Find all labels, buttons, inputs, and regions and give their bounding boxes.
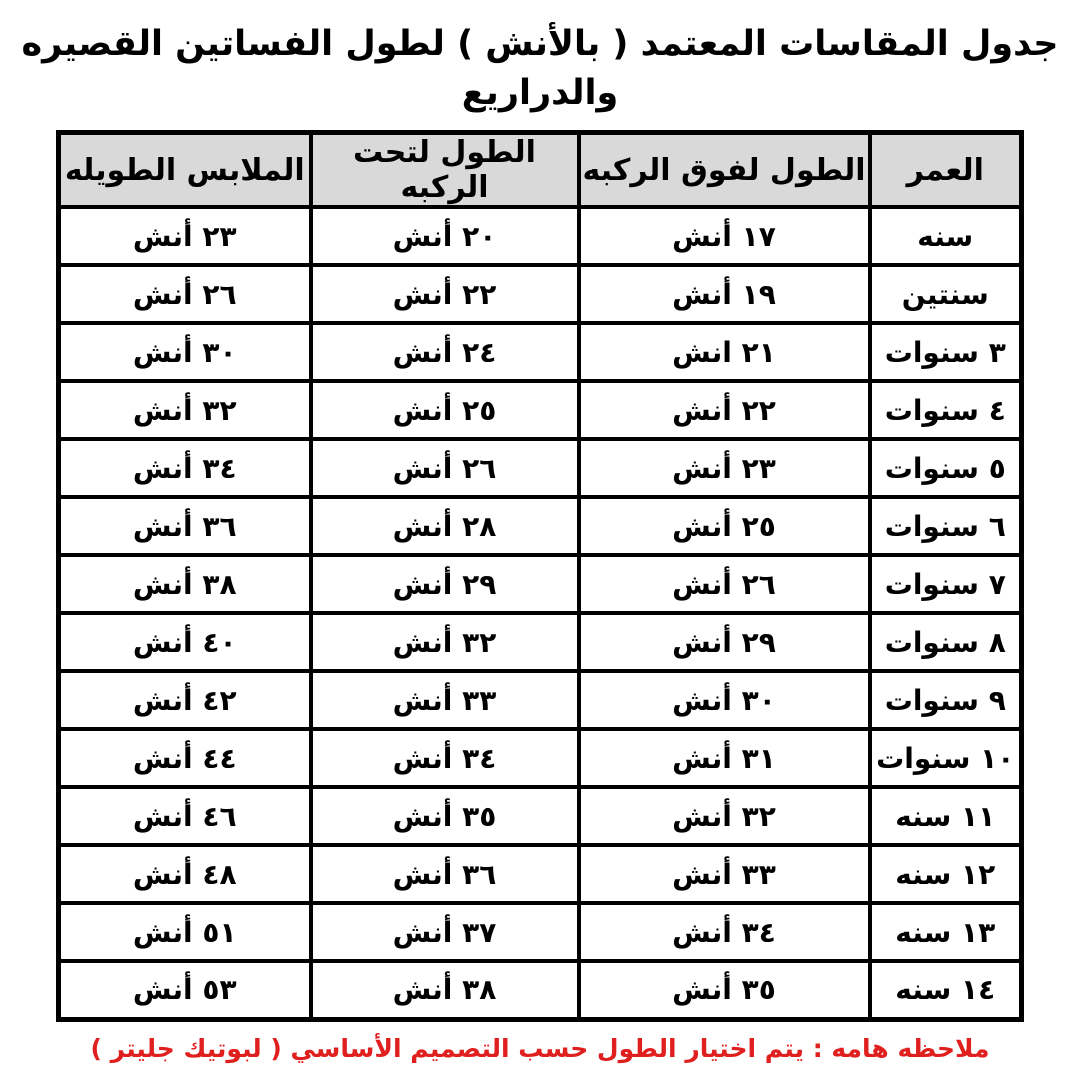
below-knee-cell: ٣٢ أنش xyxy=(311,613,579,671)
table-row: ٥ سنوات ٢٣ أنش ٢٦ أنش ٣٤ أنش xyxy=(59,439,1022,497)
long-clothes-cell: ٤٠ أنش xyxy=(59,613,311,671)
below-knee-cell: ٣٤ أنش xyxy=(311,729,579,787)
table-row: سنه ١٧ أنش ٢٠ أنش ٢٣ أنش xyxy=(59,207,1022,265)
below-knee-cell: ٣٣ أنش xyxy=(311,671,579,729)
long-clothes-cell: ٤٦ أنش xyxy=(59,787,311,845)
age-cell: سنتين xyxy=(870,265,1022,323)
age-cell: ٧ سنوات xyxy=(870,555,1022,613)
age-cell: ١٤ سنه xyxy=(870,961,1022,1019)
above-knee-cell: ٢٦ أنش xyxy=(579,555,870,613)
below-knee-cell: ٢٦ أنش xyxy=(311,439,579,497)
below-knee-cell: ٢٥ أنش xyxy=(311,381,579,439)
footer-note: ملاحظه هامه : يتم اختيار الطول حسب التصم… xyxy=(0,1034,1080,1063)
age-cell: ١٠ سنوات xyxy=(870,729,1022,787)
table-header-row: العمر الطول لفوق الركبه الطول لتحت الركب… xyxy=(59,133,1022,208)
table-row: ١٣ سنه ٣٤ أنش ٣٧ أنش ٥١ أنش xyxy=(59,903,1022,961)
below-knee-cell: ٢٤ أنش xyxy=(311,323,579,381)
header-cell-age: العمر xyxy=(870,133,1022,208)
table-row: ١٢ سنه ٣٣ أنش ٣٦ أنش ٤٨ أنش xyxy=(59,845,1022,903)
below-knee-cell: ٢٨ أنش xyxy=(311,497,579,555)
age-cell: ٥ سنوات xyxy=(870,439,1022,497)
above-knee-cell: ٣٣ أنش xyxy=(579,845,870,903)
above-knee-cell: ٣٤ أنش xyxy=(579,903,870,961)
age-cell: ١٣ سنه xyxy=(870,903,1022,961)
table-row: ١٠ سنوات ٣١ أنش ٣٤ أنش ٤٤ أنش xyxy=(59,729,1022,787)
page: { "page": { "title": "جدول المقاسات المع… xyxy=(0,0,1080,1080)
above-knee-cell: ٣٢ أنش xyxy=(579,787,870,845)
above-knee-cell: ١٧ أنش xyxy=(579,207,870,265)
below-knee-cell: ٣٨ أنش xyxy=(311,961,579,1019)
age-cell: ٩ سنوات xyxy=(870,671,1022,729)
long-clothes-cell: ٤٤ أنش xyxy=(59,729,311,787)
table-row: سنتين ١٩ أنش ٢٢ أنش ٢٦ أنش xyxy=(59,265,1022,323)
header-cell-long-clothes: الملابس الطويله xyxy=(59,133,311,208)
age-cell: ١١ سنه xyxy=(870,787,1022,845)
age-cell: ٦ سنوات xyxy=(870,497,1022,555)
table-row: ١١ سنه ٣٢ أنش ٣٥ أنش ٤٦ أنش xyxy=(59,787,1022,845)
above-knee-cell: ١٩ أنش xyxy=(579,265,870,323)
below-knee-cell: ٢٠ أنش xyxy=(311,207,579,265)
above-knee-cell: ٢١ انش xyxy=(579,323,870,381)
table-row: ٨ سنوات ٢٩ أنش ٣٢ أنش ٤٠ أنش xyxy=(59,613,1022,671)
long-clothes-cell: ٣٢ أنش xyxy=(59,381,311,439)
long-clothes-cell: ٤٨ أنش xyxy=(59,845,311,903)
header-cell-below-knee: الطول لتحت الركبه xyxy=(311,133,579,208)
age-cell: ١٢ سنه xyxy=(870,845,1022,903)
age-cell: ٣ سنوات xyxy=(870,323,1022,381)
above-knee-cell: ٢٣ أنش xyxy=(579,439,870,497)
long-clothes-cell: ٣٤ أنش xyxy=(59,439,311,497)
age-cell: سنه xyxy=(870,207,1022,265)
header-cell-above-knee: الطول لفوق الركبه xyxy=(579,133,870,208)
long-clothes-cell: ٥١ أنش xyxy=(59,903,311,961)
long-clothes-cell: ٢٣ أنش xyxy=(59,207,311,265)
age-cell: ٤ سنوات xyxy=(870,381,1022,439)
page-title: جدول المقاسات المعتمد ( بالأنش ) لطول ال… xyxy=(0,0,1080,118)
table-row: ٧ سنوات ٢٦ أنش ٢٩ أنش ٣٨ أنش xyxy=(59,555,1022,613)
long-clothes-cell: ٣٠ أنش xyxy=(59,323,311,381)
above-knee-cell: ٣٠ أنش xyxy=(579,671,870,729)
above-knee-cell: ٢٥ أنش xyxy=(579,497,870,555)
table-row: ٣ سنوات ٢١ انش ٢٤ أنش ٣٠ أنش xyxy=(59,323,1022,381)
measurements-table: العمر الطول لفوق الركبه الطول لتحت الركب… xyxy=(56,130,1024,1022)
above-knee-cell: ٢٢ أنش xyxy=(579,381,870,439)
below-knee-cell: ٢٩ أنش xyxy=(311,555,579,613)
below-knee-cell: ٣٥ أنش xyxy=(311,787,579,845)
below-knee-cell: ٣٧ أنش xyxy=(311,903,579,961)
table-row: ٦ سنوات ٢٥ أنش ٢٨ أنش ٣٦ أنش xyxy=(59,497,1022,555)
long-clothes-cell: ٢٦ أنش xyxy=(59,265,311,323)
age-cell: ٨ سنوات xyxy=(870,613,1022,671)
long-clothes-cell: ٣٨ أنش xyxy=(59,555,311,613)
above-knee-cell: ٣١ أنش xyxy=(579,729,870,787)
above-knee-cell: ٢٩ أنش xyxy=(579,613,870,671)
long-clothes-cell: ٣٦ أنش xyxy=(59,497,311,555)
table-row: ١٤ سنه ٣٥ أنش ٣٨ أنش ٥٣ أنش xyxy=(59,961,1022,1019)
table-row: ٤ سنوات ٢٢ أنش ٢٥ أنش ٣٢ أنش xyxy=(59,381,1022,439)
below-knee-cell: ٣٦ أنش xyxy=(311,845,579,903)
long-clothes-cell: ٤٢ أنش xyxy=(59,671,311,729)
table-row: ٩ سنوات ٣٠ أنش ٣٣ أنش ٤٢ أنش xyxy=(59,671,1022,729)
above-knee-cell: ٣٥ أنش xyxy=(579,961,870,1019)
long-clothes-cell: ٥٣ أنش xyxy=(59,961,311,1019)
table-body: سنه ١٧ أنش ٢٠ أنش ٢٣ أنش سنتين ١٩ أنش ٢٢… xyxy=(59,207,1022,1019)
below-knee-cell: ٢٢ أنش xyxy=(311,265,579,323)
